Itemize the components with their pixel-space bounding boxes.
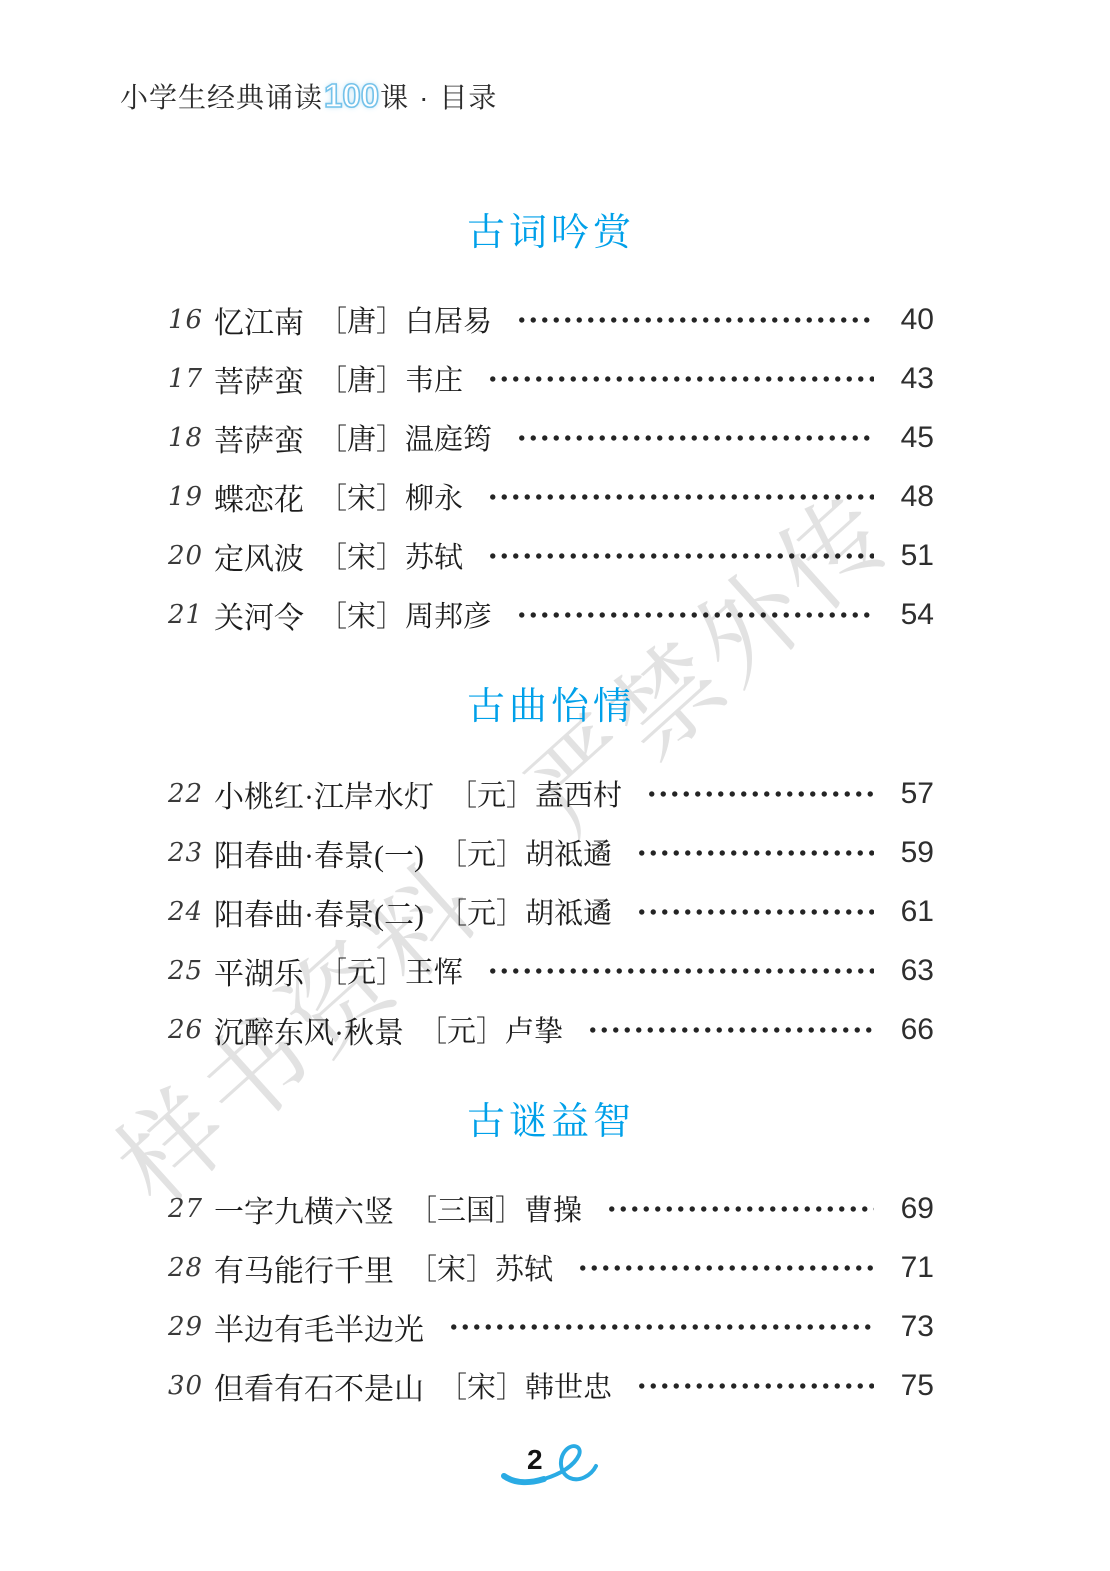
entry-number: 24	[168, 897, 214, 927]
swirl-flourish-icon	[500, 1440, 610, 1496]
dot-leader	[577, 1264, 874, 1272]
entry-row: 26沉醉东风·秋景［元］卢挚66	[168, 1000, 934, 1059]
entry-number: 22	[168, 779, 214, 809]
dot-leader	[516, 611, 874, 619]
entry-attribution: ［元］胡祗遹	[438, 891, 612, 932]
toc-section: 古曲怡情22小桃红·江岸水灯［元］盍西村5723阳春曲·春景(一)［元］胡祗遹5…	[168, 682, 934, 1059]
entry-attribution: ［宋］周邦彦	[318, 594, 492, 635]
toc-page: 样书资料 严禁外传 小学生经典诵读100课·目录 古词吟赏16忆江南［唐］白居易…	[0, 0, 1110, 1571]
entry-attribution: ［元］卢挚	[418, 1009, 563, 1050]
entry-page-number: 59	[888, 836, 934, 870]
section-title: 古词吟赏	[168, 208, 934, 258]
entry-number: 28	[168, 1253, 214, 1283]
entry-attribution: ［宋］韩世忠	[438, 1365, 612, 1406]
entry-number: 25	[168, 956, 214, 986]
section-title: 古曲怡情	[168, 682, 934, 732]
dot-leader	[487, 493, 874, 501]
dot-leader	[636, 849, 874, 857]
entry-title: 半边有毛半边光	[214, 1305, 424, 1349]
dot-leader	[516, 434, 874, 442]
entry-number: 29	[168, 1312, 214, 1342]
dot-leader	[606, 1205, 874, 1213]
entry-page-number: 71	[888, 1251, 934, 1285]
entry-page-number: 51	[888, 539, 934, 573]
entry-row: 24阳春曲·春景(二)［元］胡祗遹61	[168, 882, 934, 941]
entry-title: 菩萨蛮	[214, 357, 304, 401]
entry-number: 20	[168, 541, 214, 571]
entry-page-number: 61	[888, 895, 934, 929]
entry-number: 16	[168, 305, 214, 335]
entry-page-number: 63	[888, 954, 934, 988]
toc-section: 古词吟赏16忆江南［唐］白居易4017菩萨蛮［唐］韦庄4318菩萨蛮［唐］温庭筠…	[168, 208, 934, 644]
entry-title: 小桃红·江岸水灯	[214, 772, 434, 816]
dot-leader	[646, 790, 874, 798]
section-title: 古谜益智	[168, 1097, 934, 1147]
entry-row: 28有马能行千里［宋］苏轼71	[168, 1238, 934, 1297]
dot-leader	[487, 967, 874, 975]
entry-number: 19	[168, 482, 214, 512]
entry-page-number: 73	[888, 1310, 934, 1344]
dot-leader	[636, 908, 874, 916]
entry-row: 25平湖乐［元］王恽63	[168, 941, 934, 1000]
entry-title: 平湖乐	[214, 949, 304, 993]
entry-page-number: 57	[888, 777, 934, 811]
entry-title: 定风波	[214, 534, 304, 578]
entry-attribution: ［元］盍西村	[448, 773, 622, 814]
entry-page-number: 66	[888, 1013, 934, 1047]
entry-title: 沉醉东风·秋景	[214, 1008, 404, 1052]
entry-row: 27一字九横六竖［三国］曹操69	[168, 1179, 934, 1238]
entry-row: 30但看有石不是山［宋］韩世忠75	[168, 1356, 934, 1415]
entry-number: 17	[168, 364, 214, 394]
entry-attribution: ［唐］韦庄	[318, 358, 463, 399]
entry-title: 一字九横六竖	[214, 1187, 394, 1231]
entry-title: 关河令	[214, 593, 304, 637]
entry-row: 16忆江南［唐］白居易40	[168, 290, 934, 349]
entry-row: 23阳春曲·春景(一)［元］胡祗遹59	[168, 823, 934, 882]
entry-page-number: 69	[888, 1192, 934, 1226]
entry-number: 27	[168, 1194, 214, 1224]
entry-title: 蝶恋花	[214, 475, 304, 519]
entry-row: 19蝶恋花［宋］柳永48	[168, 467, 934, 526]
entry-attribution: ［唐］温庭筠	[318, 417, 492, 458]
entry-attribution: ［宋］柳永	[318, 476, 463, 517]
entry-title: 阳春曲·春景(二)	[214, 890, 424, 934]
entry-row: 29半边有毛半边光73	[168, 1297, 934, 1356]
entry-number: 30	[168, 1371, 214, 1401]
entry-row: 20定风波［宋］苏轼51	[168, 526, 934, 585]
entry-number: 23	[168, 838, 214, 868]
entry-page-number: 45	[888, 421, 934, 455]
entry-page-number: 75	[888, 1369, 934, 1403]
entry-number: 21	[168, 600, 214, 630]
entry-attribution: ［宋］苏轼	[318, 535, 463, 576]
entry-attribution: ［元］胡祗遹	[438, 832, 612, 873]
page-footer: 2	[0, 1438, 1110, 1498]
entry-number: 18	[168, 423, 214, 453]
entry-row: 21关河令［宋］周邦彦54	[168, 585, 934, 644]
entry-page-number: 48	[888, 480, 934, 514]
entry-title: 忆江南	[214, 298, 304, 342]
dot-leader	[636, 1382, 874, 1390]
entry-title: 阳春曲·春景(一)	[214, 831, 424, 875]
entry-page-number: 40	[888, 303, 934, 337]
toc-content: 古词吟赏16忆江南［唐］白居易4017菩萨蛮［唐］韦庄4318菩萨蛮［唐］温庭筠…	[168, 0, 934, 1415]
entry-attribution: ［宋］苏轼	[408, 1247, 553, 1288]
dot-leader	[487, 375, 874, 383]
entry-title: 有马能行千里	[214, 1246, 394, 1290]
entry-number: 26	[168, 1015, 214, 1045]
toc-section: 古谜益智27一字九横六竖［三国］曹操6928有马能行千里［宋］苏轼7129半边有…	[168, 1097, 934, 1415]
entry-row: 22小桃红·江岸水灯［元］盍西村57	[168, 764, 934, 823]
dot-leader	[487, 552, 874, 560]
dot-leader	[516, 316, 874, 324]
entry-row: 17菩萨蛮［唐］韦庄43	[168, 349, 934, 408]
entry-attribution: ［唐］白居易	[318, 299, 492, 340]
dot-leader	[448, 1323, 874, 1331]
entry-title: 但看有石不是山	[214, 1364, 424, 1408]
entry-title: 菩萨蛮	[214, 416, 304, 460]
entry-page-number: 43	[888, 362, 934, 396]
entry-row: 18菩萨蛮［唐］温庭筠45	[168, 408, 934, 467]
dot-leader	[587, 1026, 874, 1034]
entry-attribution: ［元］王恽	[318, 950, 463, 991]
entry-attribution: ［三国］曹操	[408, 1188, 582, 1229]
entry-page-number: 54	[888, 598, 934, 632]
page-number: 2	[527, 1444, 543, 1476]
